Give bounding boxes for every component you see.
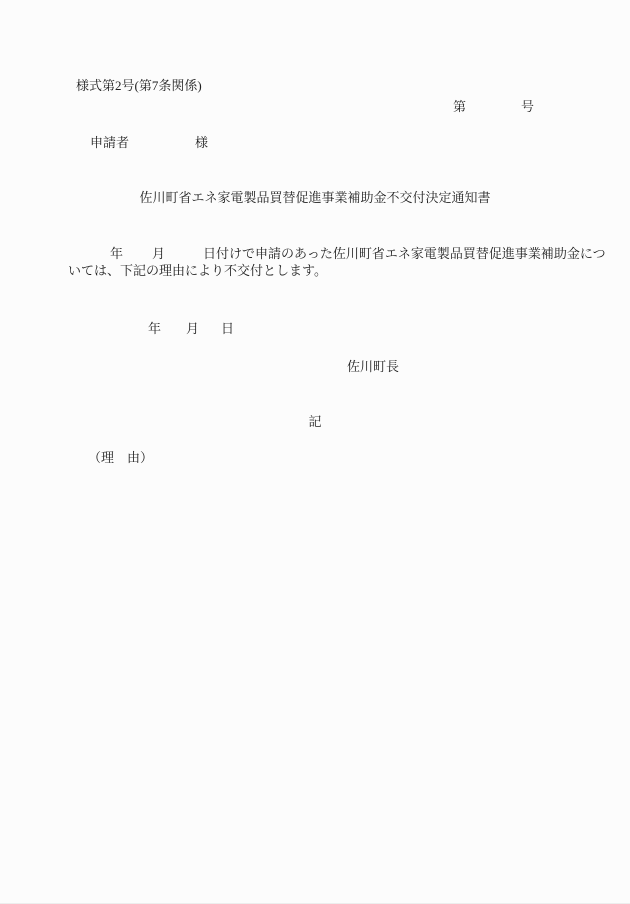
- body-line2-text: いては、下記の理由により不交付とします。: [68, 264, 327, 278]
- addressee-label: 申請者: [90, 136, 129, 150]
- record-marker: 記: [0, 415, 630, 429]
- body-line1-month: 月: [152, 247, 165, 261]
- document-title: 佐川町省エネ家電製品買替促進事業補助金不交付決定通知書: [0, 191, 630, 205]
- signer-title: 佐川町長: [347, 360, 399, 374]
- doc-number-suffix: 号: [521, 100, 534, 114]
- doc-number-prefix: 第: [453, 100, 466, 114]
- body-line1-year: 年: [110, 247, 123, 261]
- issue-date-day: 日: [221, 322, 234, 336]
- reason-label: （理 由）: [88, 451, 153, 465]
- document-page: 様式第2号(第7条関係) 第 号 申請者 様 佐川町省エネ家電製品買替促進事業補…: [0, 0, 630, 904]
- body-line1-text: 日付けで申請のあった佐川町省エネ家電製品買替促進事業補助金につ: [203, 247, 606, 261]
- addressee-honorific: 様: [195, 136, 208, 150]
- issue-date-year: 年: [148, 322, 161, 336]
- form-number: 様式第2号(第7条関係): [76, 79, 202, 93]
- issue-date-month: 月: [186, 322, 199, 336]
